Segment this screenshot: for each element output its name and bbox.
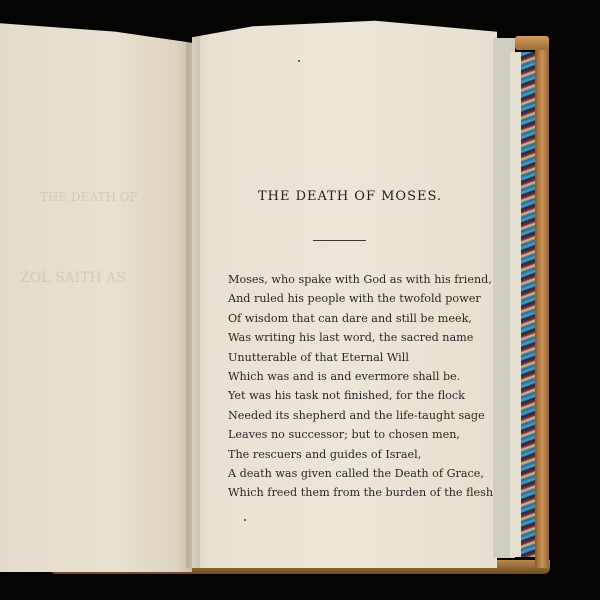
left-page-bleedthrough-heading: THE DEATH OF: [40, 190, 138, 204]
open-book-photo: THE DEATH OF ZOL SAITH AS THE DEATH OF M…: [0, 0, 600, 600]
poem-line: Was writing his last word, the sacred na…: [228, 328, 493, 347]
leather-cover-edge: [535, 38, 549, 568]
poem-line: The rescuers and guides of Israel,: [228, 445, 493, 464]
page-speck: [244, 519, 246, 521]
poem-line: Moses, who spake with God as with his fr…: [228, 270, 493, 289]
poem-line: Which was and is and evermore shall be.: [228, 367, 493, 386]
page-speck: [298, 60, 300, 62]
poem-line: A death was given called the Death of Gr…: [228, 464, 493, 483]
poem-line: Which freed them from the burden of the …: [228, 483, 493, 502]
book-gutter: [186, 20, 200, 568]
chapter-title: THE DEATH OF MOSES.: [200, 189, 500, 204]
title-rule-divider: [313, 240, 366, 241]
poem-line: And ruled his people with the twofold po…: [228, 289, 493, 308]
leather-cover-corner: [515, 36, 549, 50]
poem-line: Leaves no successor; but to chosen men,: [228, 425, 493, 444]
poem-line: Yet was his task not finished, for the f…: [228, 386, 493, 405]
left-page-bleedthrough-text: ZOL SAITH AS: [20, 270, 126, 286]
poem-line: Of wisdom that can dare and still be mee…: [228, 309, 493, 328]
poem-line: Needed its shepherd and the life-taught …: [228, 406, 493, 425]
poem-line: Unutterable of that Eternal Will: [228, 348, 493, 367]
poem-text: Moses, who spake with God as with his fr…: [228, 270, 493, 503]
left-page: THE DEATH OF ZOL SAITH AS: [0, 12, 192, 572]
marbled-endpaper-edge: [521, 52, 536, 557]
